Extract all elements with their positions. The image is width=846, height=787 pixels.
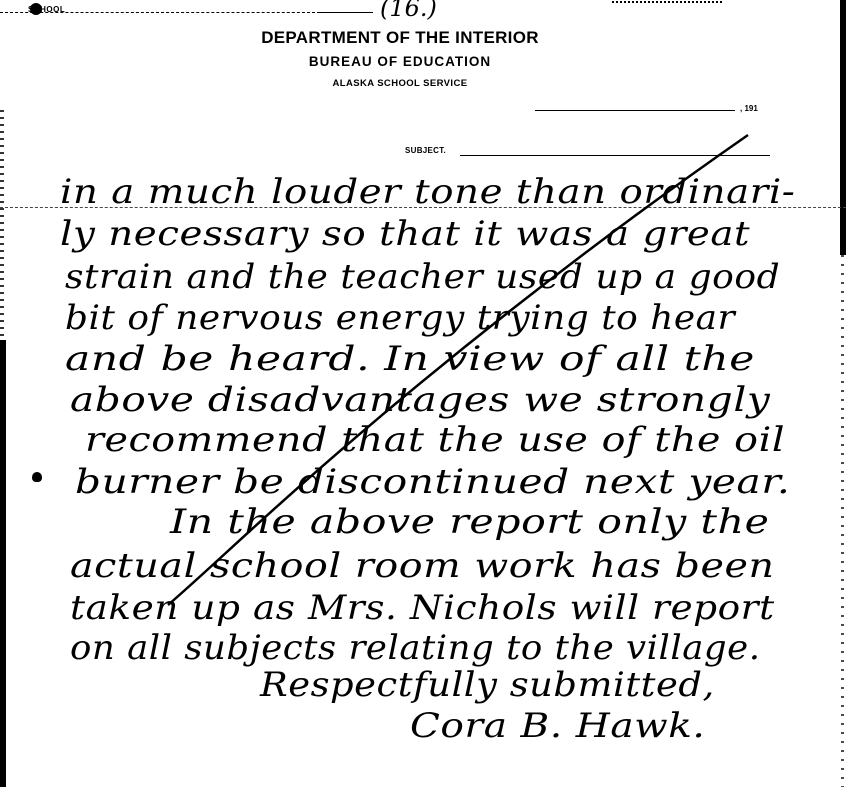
scan-edge-right	[840, 0, 846, 255]
school-label: SCHOOL	[28, 5, 65, 14]
top-dotted-line	[612, 1, 722, 3]
handwritten-line: recommend that the use of the oil	[85, 420, 785, 460]
handwritten-line: ly necessary so that it was a great	[60, 214, 750, 254]
handwritten-line: taken up as Mrs. Nichols will report	[70, 588, 775, 628]
date-field-line	[535, 110, 735, 111]
handwritten-line: on all subjects relating to the village.	[70, 628, 761, 668]
scanned-letter-page: SCHOOL (16.) DEPARTMENT OF THE INTERIOR …	[0, 0, 846, 787]
scan-edge-left	[0, 340, 6, 787]
page-number: (16.)	[380, 0, 437, 22]
handwritten-line: actual school room work has been	[70, 546, 775, 586]
handwritten-line: bit of nervous energy trying to hear	[65, 298, 735, 338]
handwritten-line: strain and the teacher used up a good	[65, 257, 780, 297]
subject-label: SUBJECT.	[405, 146, 446, 155]
ink-blot-margin	[32, 472, 42, 482]
scan-edge-left-speckle	[0, 110, 4, 340]
department-heading: DEPARTMENT OF THE INTERIOR	[0, 28, 800, 48]
school-field-line-solid	[318, 12, 373, 13]
scan-edge-right-speckle	[841, 255, 844, 787]
subject-field-line	[460, 155, 770, 156]
bureau-heading: BUREAU OF EDUCATION	[0, 54, 800, 69]
signature: Cora B. Hawk.	[410, 706, 705, 746]
handwritten-line: above disadvantages we strongly	[70, 380, 770, 420]
handwritten-line: in a much louder tone than ordinari-	[60, 172, 795, 212]
service-heading: ALASKA SCHOOL SERVICE	[0, 78, 800, 89]
handwritten-line: In the above report only the	[170, 502, 769, 542]
handwritten-line: burner be discontinued next year.	[75, 462, 790, 502]
date-suffix: , 191	[740, 104, 758, 113]
closing-salutation: Respectfully submitted,	[260, 665, 715, 705]
handwritten-line: and be heard. In view of all the	[65, 339, 755, 379]
